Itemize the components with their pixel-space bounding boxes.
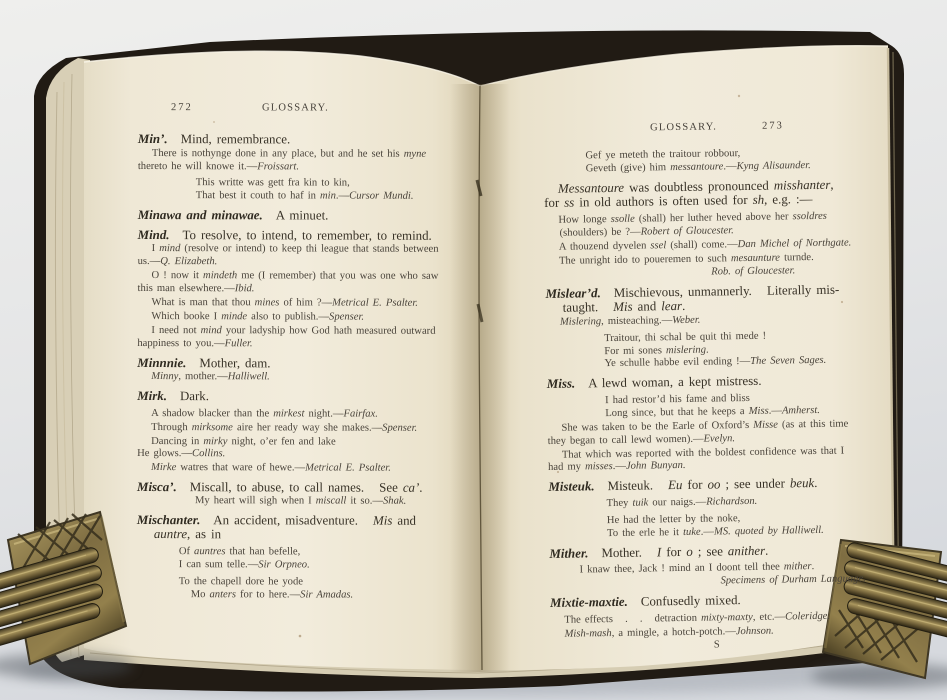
left-page-text: Min’.Mind, remembrance.There is nothynge… xyxy=(137,132,476,602)
text-line: He glows.—Collins. xyxy=(137,448,475,462)
left-page-header: 272 GLOSSARY. xyxy=(138,102,476,117)
text-line: happiness to you.—Fuller. xyxy=(137,338,475,352)
text-line: Mither.Mother. I for o ; see anither. xyxy=(549,542,881,562)
text-line: Mo anters for to here.—Sir Amadas. xyxy=(137,589,475,603)
text-line: I mind (resolve or intend) to keep thi l… xyxy=(138,243,476,257)
text-line: This writte was gett fra kin to kin, xyxy=(138,177,476,191)
text-line: thereto he will knowe it.—Froissart. xyxy=(138,160,476,174)
page-number: 272 xyxy=(171,102,193,113)
text-line: Min’.Mind, remembrance. xyxy=(138,132,476,147)
text-line: My heart will sigh when I miscall it so.… xyxy=(137,495,475,509)
text-line: Mirke watres that ware of hewe.—Metrical… xyxy=(137,462,475,476)
text-line: Minnnie.Mother, dam. xyxy=(137,356,475,371)
text-line: Dancing in mirky night, o’er fen and lak… xyxy=(137,436,475,450)
text-line: Minny, mother.—Halliwell. xyxy=(137,371,475,385)
text-line: us.—Q. Elizabeth. xyxy=(138,256,476,270)
text-line: O ! now it mindeth me (I remember) that … xyxy=(138,270,476,284)
text-line: this man elsewhere.—Ibid. xyxy=(137,283,475,297)
text-line: Mind.To resolve, to intend, to remember,… xyxy=(138,228,476,243)
text-line: Miss.A lewd woman, a kept mistress. xyxy=(547,372,879,392)
text-line: Through mirksome aire her ready way she … xyxy=(137,422,475,436)
text-line: They tuik our naigs.—Richardson. xyxy=(549,494,881,512)
text-line: What is man that thou mines of him ?—Met… xyxy=(137,297,475,311)
left-page: 272 GLOSSARY. Min’.Mind, remembrance.The… xyxy=(137,102,476,602)
text-line: I need not mind your ladyship how God ha… xyxy=(137,325,475,339)
text-line: Mixtie-maxtie.Confusedly mixed. xyxy=(550,591,882,611)
running-title: GLOSSARY. xyxy=(650,121,717,133)
text-line: Misca’.Miscall, to abuse, to call names.… xyxy=(137,480,475,495)
photo-of-open-book: 272 GLOSSARY. Min’.Mind, remembrance.The… xyxy=(0,0,947,700)
text-line: Minawa and minawae.A minuet. xyxy=(138,208,476,223)
text-line: Misteuk.Misteuk. Eu for oo ; see under b… xyxy=(548,475,880,495)
text-line: Which booke I minde also to publish.—Spe… xyxy=(137,311,475,325)
text-line: There is nothynge done in any place, but… xyxy=(138,148,476,162)
text-line: Mischanter.An accident, misadventure. Mi… xyxy=(137,513,475,528)
text-line: auntre, as in xyxy=(137,527,475,542)
text-line: A shadow blacker than the mirkest night.… xyxy=(137,408,475,422)
page-number: 273 xyxy=(762,120,784,131)
text-line: Of auntres that han befelle, xyxy=(137,546,475,560)
running-title: GLOSSARY. xyxy=(262,102,329,113)
text-line: Mirk.Dark. xyxy=(137,389,475,404)
text-line: To the chapell dore he yode xyxy=(137,576,475,590)
text-line: I can sum telle.—Sir Orpneo. xyxy=(137,559,475,573)
right-page-text: Gef ye meteth the traitour robbour,Gevet… xyxy=(543,146,882,654)
text-line: That best it couth to haf in min.—Cursor… xyxy=(138,190,476,204)
right-page: GLOSSARY. 273 Gef ye meteth the traitour… xyxy=(543,119,883,654)
